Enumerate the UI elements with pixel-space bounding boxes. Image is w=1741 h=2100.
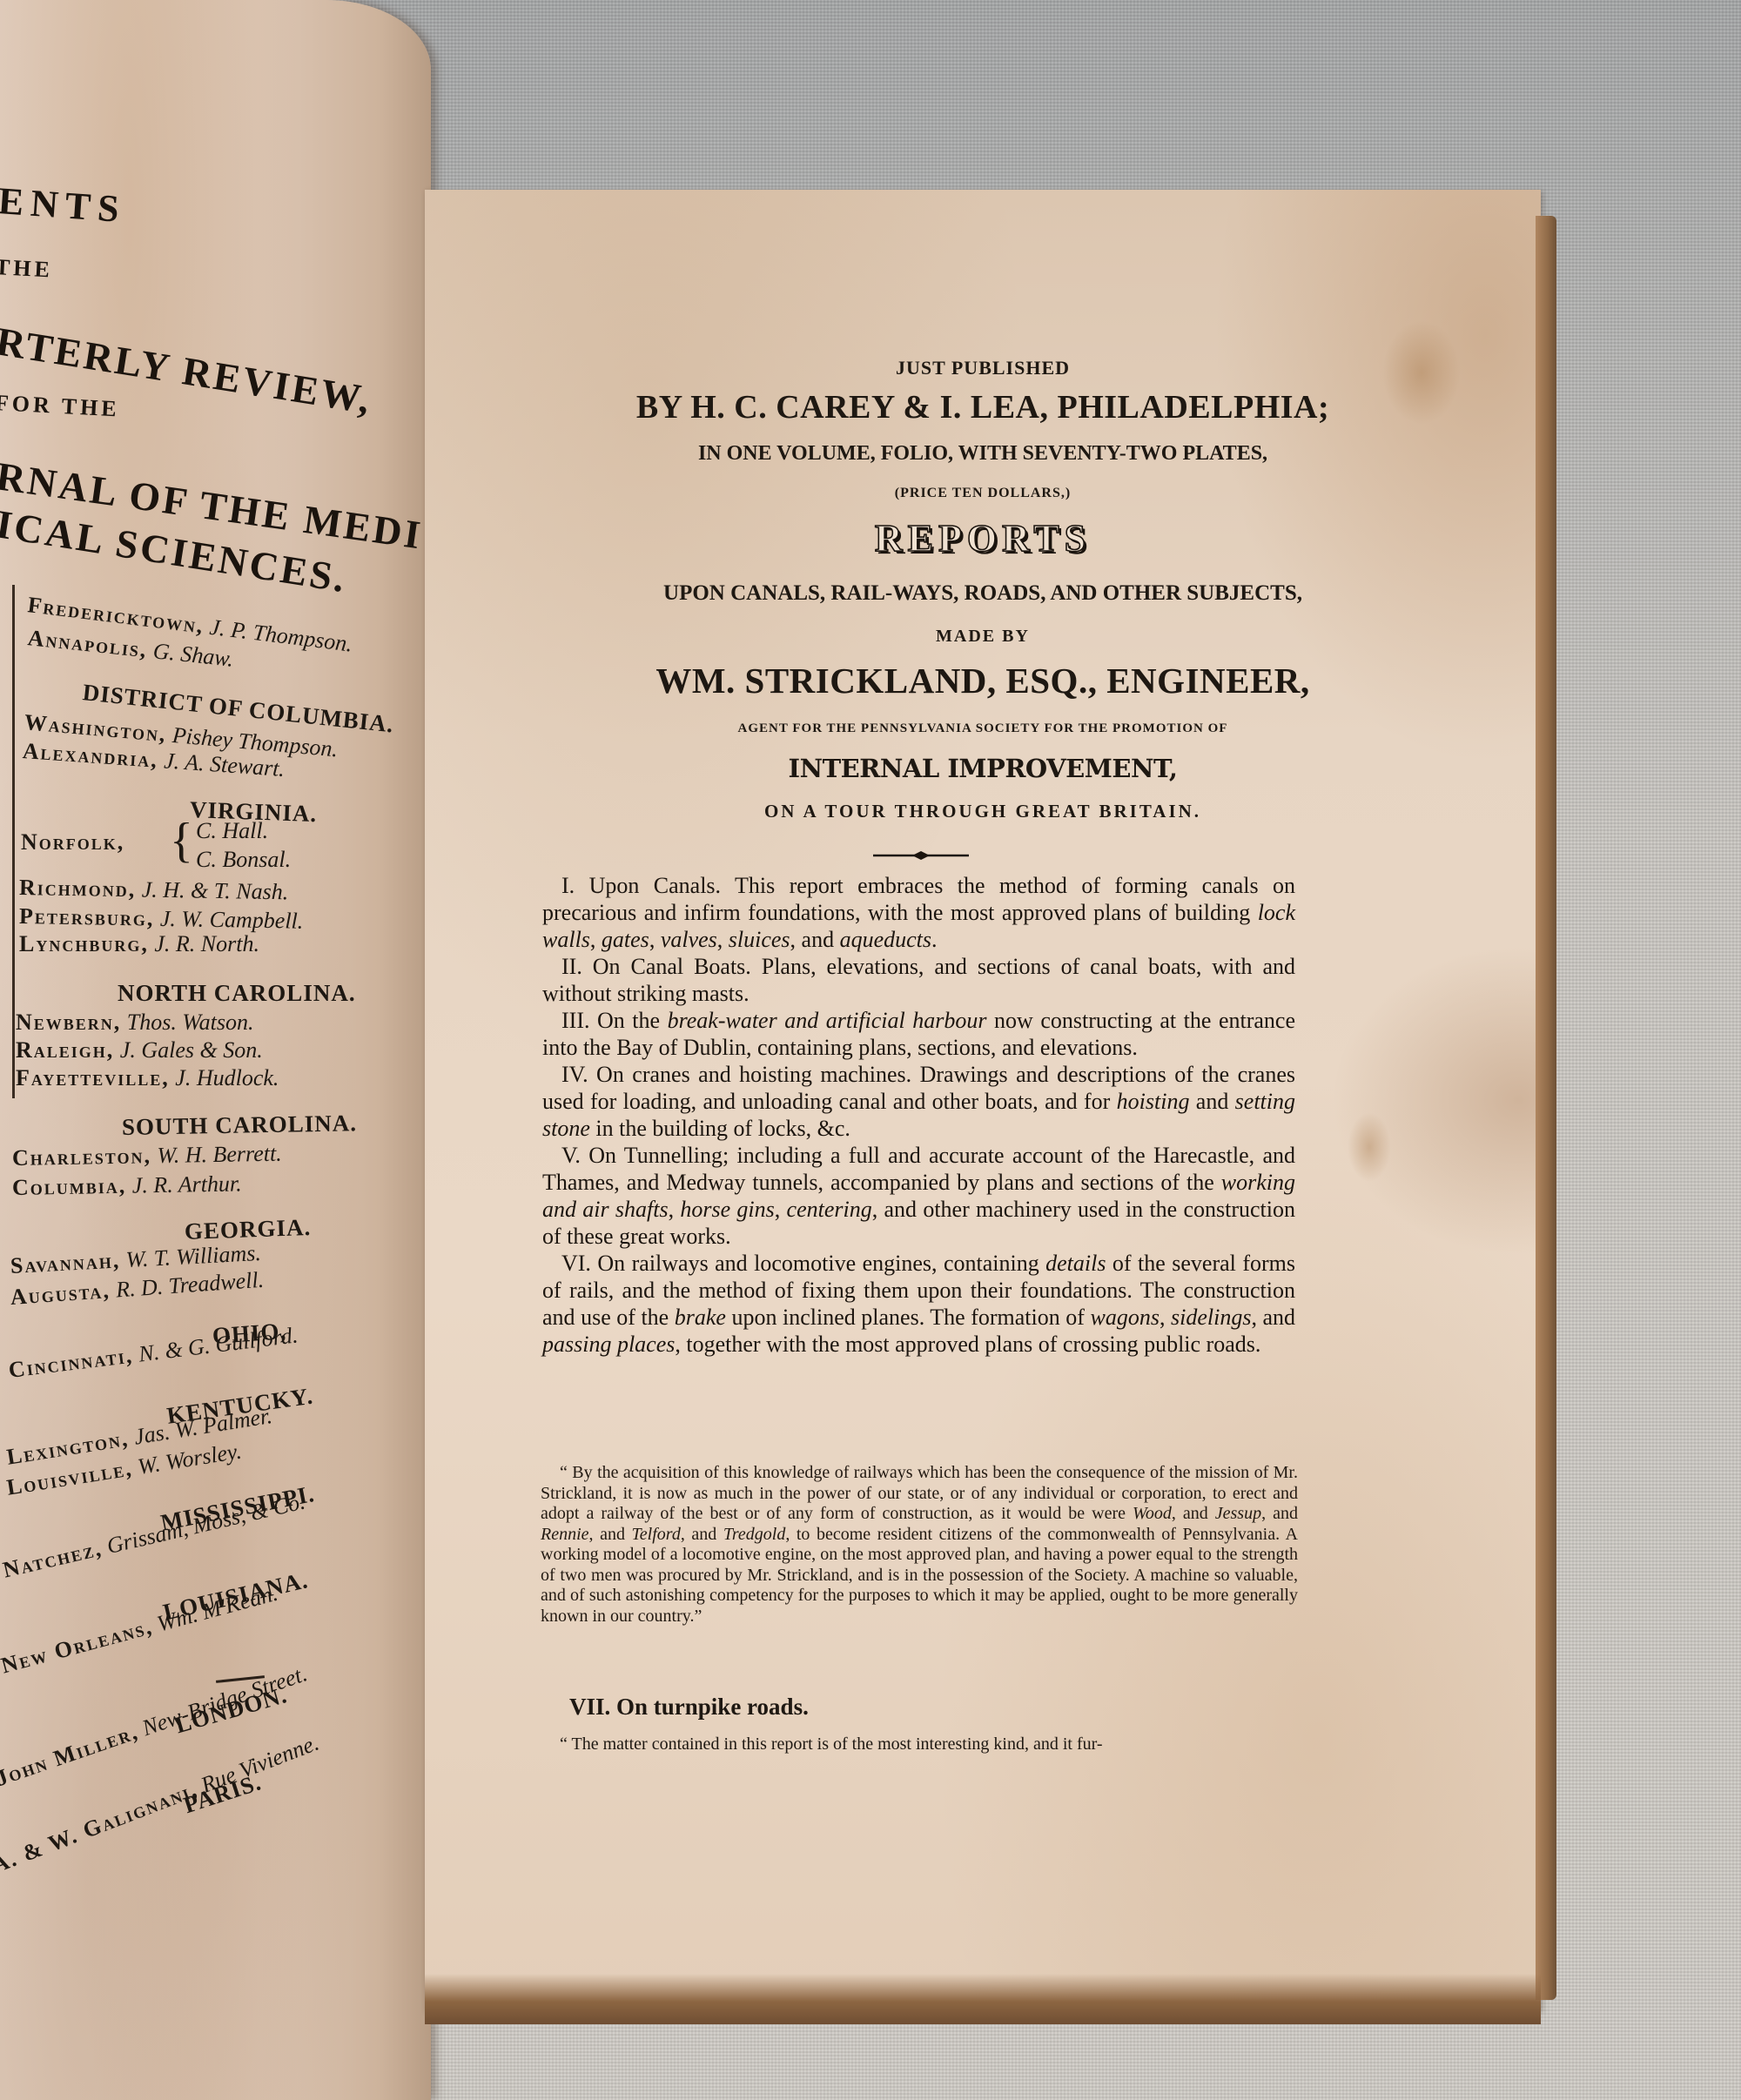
agent-entry: Fayetteville, J. Hudlock. <box>16 1065 279 1091</box>
italic-run: hoisting <box>1117 1089 1190 1114</box>
agent-entry: Charleston, W. H. Berrett. <box>12 1141 282 1171</box>
text-run: II. On Canal Boats. Plans, elevations, a… <box>542 954 1295 1006</box>
report-section-4: IV. On cranes and hoisting machines. Dra… <box>542 1061 1295 1142</box>
title-reports: REPORTS <box>425 516 1541 560</box>
author-line: WM. STRICKLAND, ESQ., ENGINEER, <box>425 660 1541 701</box>
foxing-stain <box>1382 320 1461 425</box>
italic-run: sidelings <box>1171 1305 1251 1330</box>
text-run: , and <box>589 1525 632 1544</box>
text-run: in the building of locks, &c. <box>590 1116 850 1141</box>
testimonial-quote: “ By the acquisition of this knowledge o… <box>541 1463 1298 1627</box>
italic-run: Tredgold <box>723 1525 786 1544</box>
quote-paragraph: “ By the acquisition of this knowledge o… <box>541 1463 1298 1627</box>
foxing-stain <box>1348 1112 1391 1182</box>
state-heading: NORTH CAROLINA. <box>118 980 356 1007</box>
text-run: , and <box>1172 1504 1215 1523</box>
text-run: , <box>717 927 729 952</box>
text-run: , <box>669 1197 681 1222</box>
agent-entry: Richmond, J. H. & T. Nash. <box>19 875 289 905</box>
agent-entry: Lynchburg, J. R. North. <box>19 931 259 957</box>
society-name: INTERNAL IMPROVEMENT, <box>425 754 1541 783</box>
just-published: JUST PUBLISHED <box>425 357 1541 379</box>
italic-run: Rennie <box>541 1525 589 1544</box>
subjects-line: UPON CANALS, RAIL-WAYS, ROADS, AND OTHER… <box>425 581 1541 606</box>
text-run: , together with the most approved plans … <box>675 1332 1260 1357</box>
price-line: (PRICE TEN DOLLARS,) <box>425 486 1541 501</box>
text-run: , <box>775 1197 787 1222</box>
text-run: , and <box>790 927 840 952</box>
text-run: , <box>1160 1305 1171 1330</box>
text-run: V. On Tunnelling; including a full and a… <box>542 1143 1295 1195</box>
state-heading: SOUTH CAROLINA. <box>122 1110 358 1141</box>
agent-entry: Newbern, Thos. Watson. <box>16 1010 254 1036</box>
text-run: , and <box>681 1525 723 1544</box>
text-run: VI. On railways and locomotive engines, … <box>561 1251 1045 1276</box>
tour-line: ON A TOUR THROUGH GREAT BRITAIN. <box>425 801 1541 822</box>
agent-entry: New Orleans, Wm. M'Kean. <box>0 1580 280 1680</box>
agent-entry: C. Hall. <box>196 818 268 844</box>
italic-run: Wood <box>1133 1504 1172 1523</box>
header-ents: ENTS <box>0 178 127 231</box>
italic-run: horse gins <box>680 1197 774 1222</box>
report-section-1: I. Upon Canals. This report embraces the… <box>542 872 1295 953</box>
report-section-3: III. On the break-water and artificial h… <box>542 1007 1295 1061</box>
text-run: and <box>1189 1089 1234 1114</box>
italic-run: wagons <box>1090 1305 1159 1330</box>
report-section-2: II. On Canal Boats. Plans, elevations, a… <box>542 953 1295 1007</box>
ornament-rule-icon <box>873 851 969 860</box>
text-run: I. Upon Canals. This report embraces the… <box>542 873 1295 925</box>
italic-run: gates <box>602 927 649 952</box>
page-edge-bottom <box>425 1974 1541 2024</box>
agent-entry: Cincinnati, N. & G. Guilford. <box>7 1322 299 1384</box>
italic-run: sluices <box>729 927 790 952</box>
continuing-quote: “ The matter contained in this report is… <box>560 1734 1103 1754</box>
text-run: , <box>590 927 602 952</box>
italic-run: break-water and artificial harbour <box>668 1008 987 1033</box>
vertical-rule <box>12 585 15 1098</box>
text-run: , <box>649 927 661 952</box>
report-section-5: V. On Tunnelling; including a full and a… <box>542 1142 1295 1250</box>
made-by-line: MADE BY <box>425 627 1541 647</box>
right-page: JUST PUBLISHED BY H. C. CAREY & I. LEA, … <box>425 190 1541 2010</box>
report-section-6: VI. On railways and locomotive engines, … <box>542 1250 1295 1358</box>
publisher-line: BY H. C. CAREY & I. LEA, PHILADELPHIA; <box>425 388 1541 426</box>
text-run: , and <box>1251 1305 1295 1330</box>
agents-list: ENTS THE RTERLY REVIEW, FOR THE RNAL OF … <box>0 0 431 2100</box>
italic-run: centering <box>787 1197 872 1222</box>
section-vii-heading: VII. On turnpike roads. <box>569 1694 809 1721</box>
page-edge-right <box>1536 216 1556 2000</box>
text-run: III. On the <box>561 1008 668 1033</box>
agent-entry: C. Bonsal. <box>196 847 291 873</box>
agent-entry: Raleigh, J. Gales & Son. <box>16 1037 263 1063</box>
agent-entry: Natchez, Grissam, Moss, & Co. <box>1 1489 308 1584</box>
agent-brace: { <box>170 816 193 865</box>
italic-run: aqueducts <box>840 927 931 952</box>
text-run: , and <box>1261 1504 1298 1523</box>
text-run: . <box>931 927 938 952</box>
report-sections: I. Upon Canals. This report embraces the… <box>542 872 1295 1358</box>
left-page: ENTS THE RTERLY REVIEW, FOR THE RNAL OF … <box>0 0 431 2100</box>
italic-run: Jessup <box>1215 1504 1261 1523</box>
italic-run: details <box>1045 1251 1106 1276</box>
italic-run: valves <box>661 927 717 952</box>
agent-entry: Norfolk, <box>21 829 124 855</box>
agent-line: AGENT FOR THE PENNSYLVANIA SOCIETY FOR T… <box>425 721 1541 736</box>
header-the: THE <box>0 254 54 283</box>
italic-run: brake <box>675 1305 726 1330</box>
agent-entry: Petersburg, J. W. Campbell. <box>19 903 304 935</box>
italic-run: passing places <box>542 1332 675 1357</box>
header-for-the: FOR THE <box>0 390 120 422</box>
agent-entry: Columbia, J. R. Arthur. <box>12 1171 242 1201</box>
italic-run: Telford <box>632 1525 681 1544</box>
text-run: upon inclined planes. The formation of <box>726 1305 1091 1330</box>
volume-line: IN ONE VOLUME, FOLIO, WITH SEVENTY-TWO P… <box>425 442 1541 466</box>
